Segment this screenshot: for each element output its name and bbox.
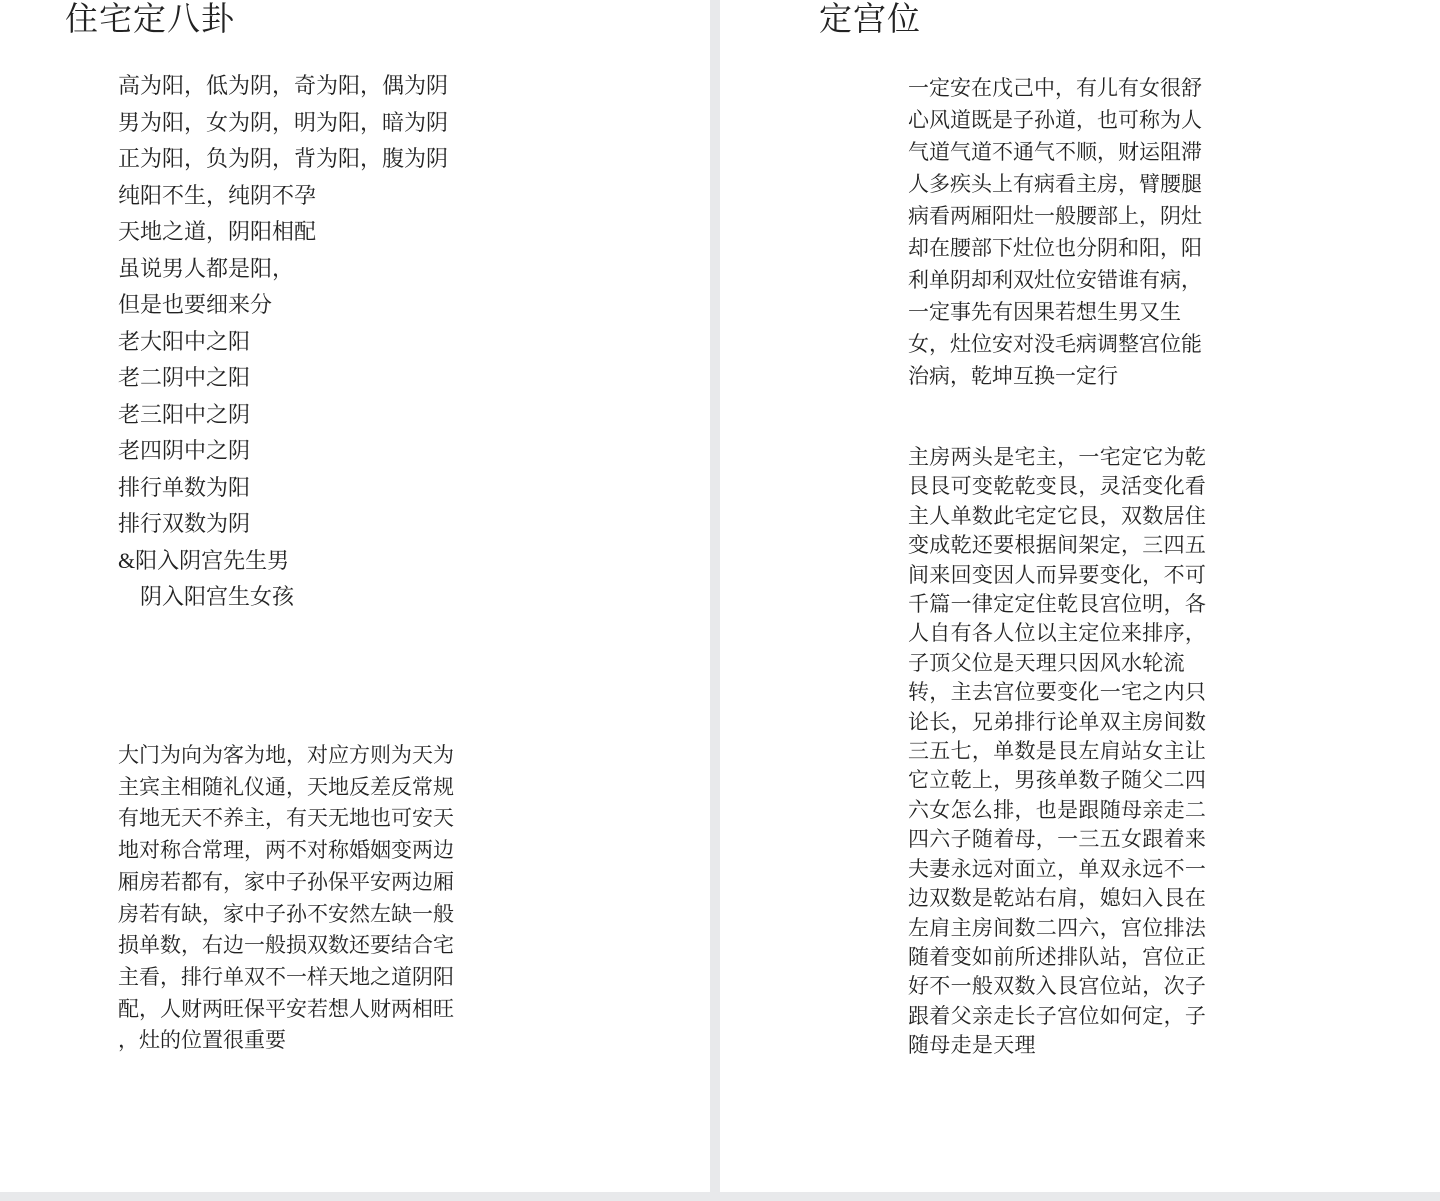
text-line: 随母走是天理 (908, 1031, 1238, 1060)
document-page-right: 一定安在戊己中，有儿有女很舒心风道既是子孙道，也可称为人气道气道不通气不顺，财运… (720, 0, 1440, 1192)
text-line: 主人单数此宅定它艮，双数居住 (908, 502, 1238, 531)
text-line: 随着变如前所述排队站，宫位正 (908, 943, 1238, 972)
text-line: 千篇一律定定住乾艮宫位明，各 (908, 590, 1238, 619)
text-line: 病看两厢阳灶一般腰部上，阴灶 (908, 200, 1238, 232)
text-line: 厢房若都有，家中子孙保平安两边厢 (118, 867, 458, 899)
text-line: 高为阳，低为阴，奇为阳，偶为阴 (118, 68, 448, 105)
text-line: 老三阳中之阴 (118, 397, 448, 434)
text-line: 心风道既是子孙道，也可称为人 (908, 104, 1238, 136)
text-line: 却在腰部下灶位也分阴和阳，阳 (908, 232, 1238, 264)
text-line: 配，人财两旺保平安若想人财两相旺 (118, 994, 458, 1026)
text-line: 六女怎么排，也是跟随母亲走二 (908, 796, 1238, 825)
text-line: 气道气道不通气不顺，财运阻滞 (908, 136, 1238, 168)
text-line: 地对称合常理，两不对称婚姻变两边 (118, 835, 458, 867)
text-line: 艮艮可变乾乾变艮，灵活变化看 (908, 472, 1238, 501)
text-line: 老四阴中之阴 (118, 433, 448, 470)
text-line: 主宾主相随礼仪通，天地反差反常规 (118, 772, 458, 804)
right-page-paragraph-2: 主房两头是宅主，一宅定它为乾艮艮可变乾乾变艮，灵活变化看主人单数此宅定它艮，双数… (908, 443, 1238, 1061)
text-line: 正为阳，负为阴，背为阳，腹为阴 (118, 141, 448, 178)
text-line: 变成乾还要根据间架定，三四五 (908, 531, 1238, 560)
text-line: 损单数，右边一般损双数还要结合宅 (118, 930, 458, 962)
text-line: 老二阴中之阳 (118, 360, 448, 397)
section-heading-zhuzhai-ding-bagua: 住宅定八卦 (0, 0, 300, 40)
text-line: 大门为向为客为地，对应方则为天为 (118, 740, 458, 772)
text-line: 老大阳中之阳 (118, 324, 448, 361)
text-line: 四六子随着母，一三五女跟着来 (908, 825, 1238, 854)
text-line: 但是也要细来分 (118, 287, 448, 324)
left-page-paragraph: 大门为向为客为地，对应方则为天为主宾主相随礼仪通，天地反差反常规有地无天不养主，… (118, 740, 458, 1057)
text-line: 人多疾头上有病看主房，臂腰腿 (908, 168, 1238, 200)
text-line: 跟着父亲走长子宫位如何定，子 (908, 1002, 1238, 1031)
text-line: 一定事先有因果若想生男又生 (908, 296, 1238, 328)
text-line: 好不一般双数入艮宫位站，次子 (908, 972, 1238, 1001)
text-line: 边双数是乾站右肩，媳妇入艮在 (908, 884, 1238, 913)
page-gutter-divider (710, 0, 720, 1192)
text-line: 有地无天不养主，有天无地也可安天 (118, 803, 458, 835)
text-line: 夫妻永远对面立，单双永远不一 (908, 855, 1238, 884)
text-line: &阳入阴宫先生男 (118, 543, 448, 580)
text-line: 左肩主房间数二四六，宫位排法 (908, 914, 1238, 943)
text-line: 排行双数为阴 (118, 506, 448, 543)
text-line: 纯阳不生，纯阴不孕 (118, 178, 448, 215)
text-line: 间来回变因人而异要变化，不可 (908, 561, 1238, 590)
viewer-bottom-margin (0, 1192, 1440, 1201)
text-line: 主看，排行单双不一样天地之道阴阳 (118, 962, 458, 994)
text-line: 三五七，单数是艮左肩站女主让 (908, 737, 1238, 766)
text-line: 阴入阳宫生女孩 (118, 579, 448, 616)
text-line: 治病，乾坤互换一定行 (908, 360, 1238, 392)
text-line: 人自有各人位以主定位来排序， (908, 619, 1238, 648)
text-line: 女，灶位安对没毛病调整宫位能 (908, 328, 1238, 360)
text-line: 子顶父位是天理只因风水轮流 (908, 649, 1238, 678)
text-line: 虽说男人都是阳， (118, 251, 448, 288)
text-line: 它立乾上，男孩单数子随父二四 (908, 766, 1238, 795)
text-line: 排行单数为阳 (118, 470, 448, 507)
yin-yang-verse-list: 高为阳，低为阴，奇为阳，偶为阴男为阳，女为阴，明为阳，暗为阴正为阳，负为阴，背为… (118, 68, 448, 616)
text-line: 主房两头是宅主，一宅定它为乾 (908, 443, 1238, 472)
text-line: 论长，兄弟排行论单双主房间数 (908, 708, 1238, 737)
section-heading-ding-gongwei: 定宫位 (720, 0, 1020, 40)
text-line: ，灶的位置很重要 (118, 1025, 458, 1057)
text-line: 转，主去宫位要变化一宅之内只 (908, 678, 1238, 707)
text-line: 利单阴却利双灶位安错谁有病， (908, 264, 1238, 296)
text-line: 一定安在戊己中，有儿有女很舒 (908, 72, 1238, 104)
text-line: 男为阳，女为阴，明为阳，暗为阴 (118, 105, 448, 142)
text-line: 天地之道，阴阳相配 (118, 214, 448, 251)
document-page-left: 高为阳，低为阴，奇为阳，偶为阴男为阳，女为阴，明为阳，暗为阴正为阳，负为阴，背为… (0, 0, 710, 1192)
right-page-paragraph-1: 一定安在戊己中，有儿有女很舒心风道既是子孙道，也可称为人气道气道不通气不顺，财运… (908, 72, 1238, 392)
text-line: 房若有缺，家中子孙不安然左缺一般 (118, 899, 458, 931)
